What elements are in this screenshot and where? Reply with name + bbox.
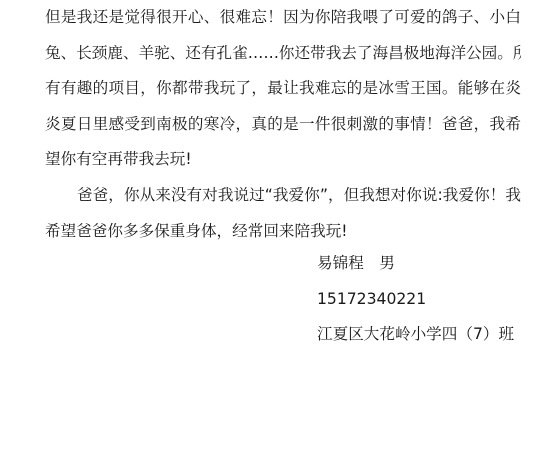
signature-phone: 15172340221 <box>317 282 426 318</box>
text-line: 爸爸，你从来没有对我说过“我爱你”，但我想对你说:我爱你！我 <box>45 178 521 214</box>
signature-name-gender: 易锦程 男 <box>317 246 395 282</box>
text-line: 但是我还是觉得很开心、很难忘！因为你陪我喂了可爱的鸽子、小白 <box>45 0 521 36</box>
text-line: 希望爸爸你多多保重身体，经常回来陪我玩! <box>45 214 521 250</box>
signature-school-class: 江夏区大花岭小学四（7）班 <box>317 317 514 353</box>
paragraph-1: 但是我还是觉得很开心、很难忘！因为你陪我喂了可爱的鸽子、小白 兔、长颈鹿、羊驼、… <box>45 0 521 178</box>
text-line: 望你有空再带我去玩! <box>45 142 521 178</box>
paragraph-2: 爸爸，你从来没有对我说过“我爱你”，但我想对你说:我爱你！我 希望爸爸你多多保重… <box>45 178 521 249</box>
text-line: 兔、长颈鹿、羊驼、还有孔雀……你还带我去了海昌极地海洋公园。所 <box>45 36 521 72</box>
letter-body: 但是我还是觉得很开心、很难忘！因为你陪我喂了可爱的鸽子、小白 兔、长颈鹿、羊驼、… <box>45 0 521 249</box>
text-line: 炎夏日里感受到南极的寒冷，真的是一件很刺激的事情！爸爸，我希 <box>45 107 521 143</box>
text-line: 有有趣的项目，你都带我玩了，最让我难忘的是冰雪王国。能够在炎 <box>45 71 521 107</box>
